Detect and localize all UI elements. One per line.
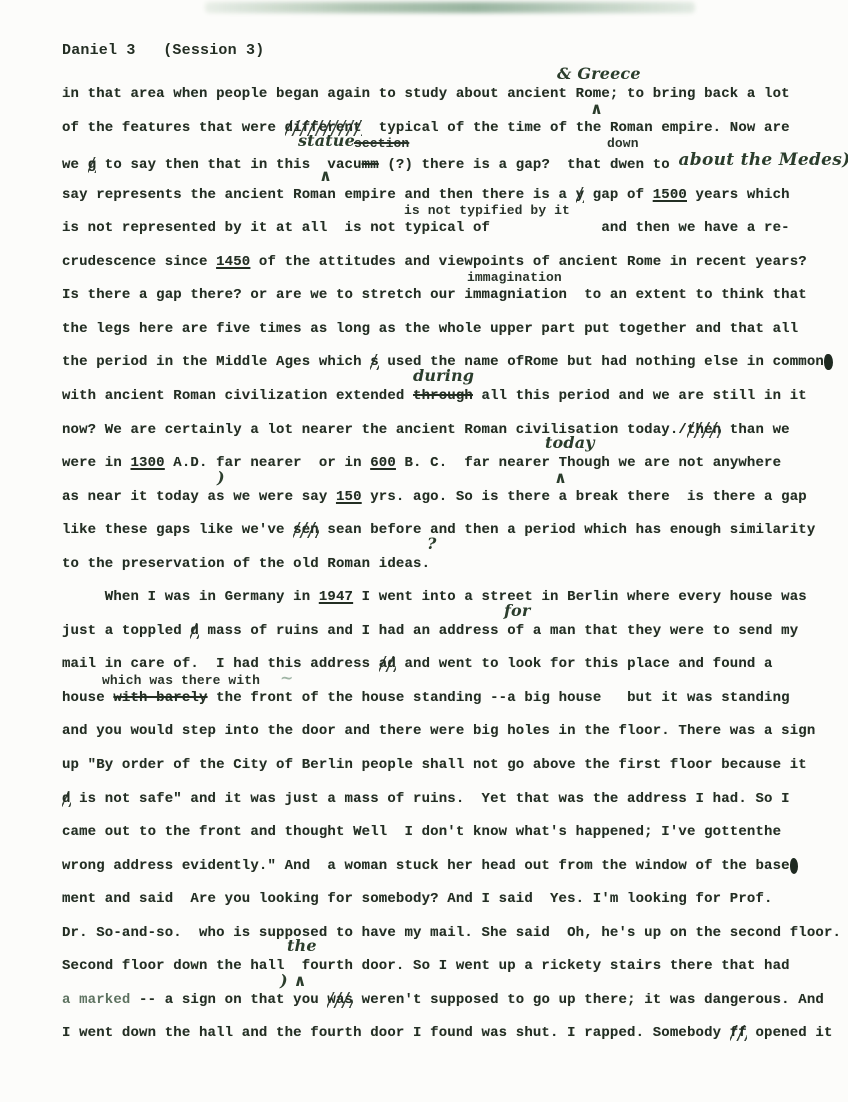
typed-text: weren't supposed to go up there; it was … [353, 992, 824, 1008]
typed-text: B. C. far nearer Though we are not anywh… [396, 455, 781, 471]
text-line: statuesectiondown∧we g to say then that … [62, 153, 848, 173]
typed-text: with ancient Roman civilization extended [62, 388, 413, 404]
typed-text: like these gaps like we've [62, 522, 293, 538]
typed-text: 1500 [653, 187, 687, 203]
typed-text: the legs here are five times as long as … [62, 321, 798, 337]
handwritten-annotation: ) [217, 468, 225, 487]
typed-text: 1300 [131, 455, 165, 471]
ink-blot: 0 [790, 858, 799, 874]
typed-text: crudescence since [62, 254, 216, 270]
typed-insertion: which was there with [102, 673, 260, 688]
typed-text: sean before and then a period which has … [319, 522, 816, 538]
struck-text: g [88, 157, 97, 173]
text-line: say represents the ancient Roman empire … [62, 187, 790, 203]
typed-text: were in [62, 455, 131, 471]
text-line: up "By order of the City of Berlin peopl… [62, 757, 807, 773]
handwritten-annotation: ∧ [590, 99, 603, 118]
typed-text: of the features that were [62, 120, 285, 136]
typed-text: (?) there is a gap? that dwen to [379, 157, 679, 173]
handwritten-text: about the Medes) [678, 150, 848, 170]
text-line: duringwith ancient Roman civilization ex… [62, 388, 807, 404]
typed-text: gap of [584, 187, 653, 203]
text-line: & Greece∧in that area when people began … [62, 86, 790, 102]
typewritten-document: & Greece∧in that area when people began … [0, 0, 848, 1102]
typed-text: 600 [370, 455, 396, 471]
handwritten-annotation: statue [298, 131, 355, 150]
typed-text: than we [721, 422, 790, 438]
typed-text: came out to the front and thought Well I… [62, 824, 781, 840]
typed-text: 150 [336, 489, 362, 505]
handwritten-annotation: during [413, 366, 474, 385]
typed-text: and went to look for this place and foun… [396, 656, 773, 672]
typed-insertion: immagination [467, 270, 562, 285]
typed-text: all this period and we are still in it [473, 388, 807, 404]
typed-text: A.D. far nearer or in [165, 455, 370, 471]
struck-text: ff [730, 1025, 747, 1041]
typed-text: Is there a gap there? or are we to stret… [62, 287, 807, 303]
text-line: immaginationIs there a gap there? or are… [62, 287, 807, 303]
text-line: today)∧were in 1300 A.D. far nearer or i… [62, 455, 781, 471]
struck-text: ad [379, 656, 396, 672]
handwritten-annotation: for [504, 601, 530, 620]
typed-text: mail in care of. I had this address [62, 656, 379, 672]
struck-text: then [687, 422, 721, 438]
text-line: I went down the hall and the fourth door… [62, 1025, 833, 1041]
text-line: ?to the preservation of the old Roman id… [62, 556, 430, 572]
text-line: mail in care of. I had this address ad a… [62, 656, 773, 672]
typed-text: just a toppled [62, 623, 190, 639]
text-line: ment and said Are you looking for somebo… [62, 891, 773, 907]
typed-text: in that area when people began again to … [62, 86, 790, 102]
typed-text: we [62, 157, 88, 173]
typed-text: 1947 [319, 589, 353, 605]
typed-text: wrong address evidently." And a woman st… [62, 858, 790, 874]
text-line: Dr. So-and-so. who is supposed to have m… [62, 925, 841, 941]
handwritten-annotation: & Greece [557, 64, 641, 83]
typed-text: to the preservation of the old Roman ide… [62, 556, 430, 572]
handwritten-annotation: ) ∧ [280, 971, 307, 990]
typed-text: Dr. So-and-so. who is supposed to have m… [62, 925, 841, 941]
text-line: the) ∧Second floor down the hall fourth … [62, 958, 790, 974]
typed-insertion: section [354, 136, 409, 151]
struck-text: y [576, 187, 585, 203]
text-line: When I was in Germany in 1947 I went int… [62, 589, 807, 605]
ink-blot: g [824, 354, 833, 370]
typed-text: is not safe" and it was just a mass of r… [71, 791, 790, 807]
typed-insertion: is not typified by it [404, 203, 570, 218]
typed-text: opened it [747, 1025, 833, 1041]
typed-insertion: down [607, 136, 639, 151]
text-line: like these gaps like we've sen sean befo… [62, 522, 815, 538]
text-line: which was there with~house with barely t… [62, 690, 790, 706]
typed-text: Second floor down the hall fourth door. … [62, 958, 790, 974]
text-line: is not typified by itis not represented … [62, 220, 790, 236]
typed-text: is not represented by it at all is not t… [62, 220, 790, 236]
typed-text: of the attitudes and viewpoints of ancie… [250, 254, 807, 270]
handwritten-annotation: ~ [280, 668, 294, 687]
struck-text: d [62, 791, 71, 807]
handwritten-annotation: ∧ [319, 166, 332, 185]
text-line: a marked -- a sign on that you was weren… [62, 992, 824, 1008]
typed-text: 1450 [216, 254, 250, 270]
typed-text: and you would step into the door and the… [62, 723, 815, 739]
typed-text: When I was in Germany in [62, 589, 319, 605]
text-line: came out to the front and thought Well I… [62, 824, 781, 840]
handwritten-annotation: today [545, 433, 595, 452]
struck-text: sen [293, 522, 319, 538]
text-line: forjust a toppled d mass of ruins and I … [62, 623, 798, 639]
typed-text: mass of ruins and I had an address of a … [199, 623, 798, 639]
text-line: now? We are certainly a lot nearer the a… [62, 422, 790, 438]
typed-text: -- a sign on that you [131, 992, 328, 1008]
text-line: of the features that were different typi… [62, 120, 790, 136]
typed-text: typical of the time of the Roman empire.… [362, 120, 790, 136]
typed-text: yrs. ago. So is there a break there is t… [362, 489, 807, 505]
typed-text: I went into a street in Berlin where eve… [353, 589, 807, 605]
struck-text: mm [362, 157, 379, 173]
text-line: the legs here are five times as long as … [62, 321, 798, 337]
handwritten-annotation: ∧ [554, 468, 567, 487]
struck-text: was [327, 992, 353, 1008]
text-line: and you would step into the door and the… [62, 723, 815, 739]
typed-text: the period in the Middle Ages which [62, 354, 370, 370]
text-line: d is not safe" and it was just a mass of… [62, 791, 790, 807]
text-line: as near it today as we were say 150 yrs.… [62, 489, 807, 505]
typed-text: I went down the hall and the fourth door… [62, 1025, 730, 1041]
typed-text: house [62, 690, 113, 706]
text-line: wrong address evidently." And a woman st… [62, 858, 798, 874]
typed-text: a marked [62, 992, 131, 1008]
handwritten-annotation: ? [427, 534, 437, 553]
typed-text: up "By order of the City of Berlin peopl… [62, 757, 807, 773]
struck-text: d [190, 623, 199, 639]
typed-text: years which [687, 187, 790, 203]
handwritten-annotation: the [287, 936, 317, 955]
struck-text: through [413, 388, 473, 404]
typed-text: ment and said Are you looking for somebo… [62, 891, 773, 907]
text-line: crudescence since 1450 of the attitudes … [62, 254, 807, 270]
typed-text: as near it today as we were say [62, 489, 336, 505]
typed-text: say represents the ancient Roman empire … [62, 187, 576, 203]
typed-text: the front of the house standing --a big … [208, 690, 790, 706]
struck-text: s [370, 354, 379, 370]
struck-text: with barely [113, 690, 207, 706]
